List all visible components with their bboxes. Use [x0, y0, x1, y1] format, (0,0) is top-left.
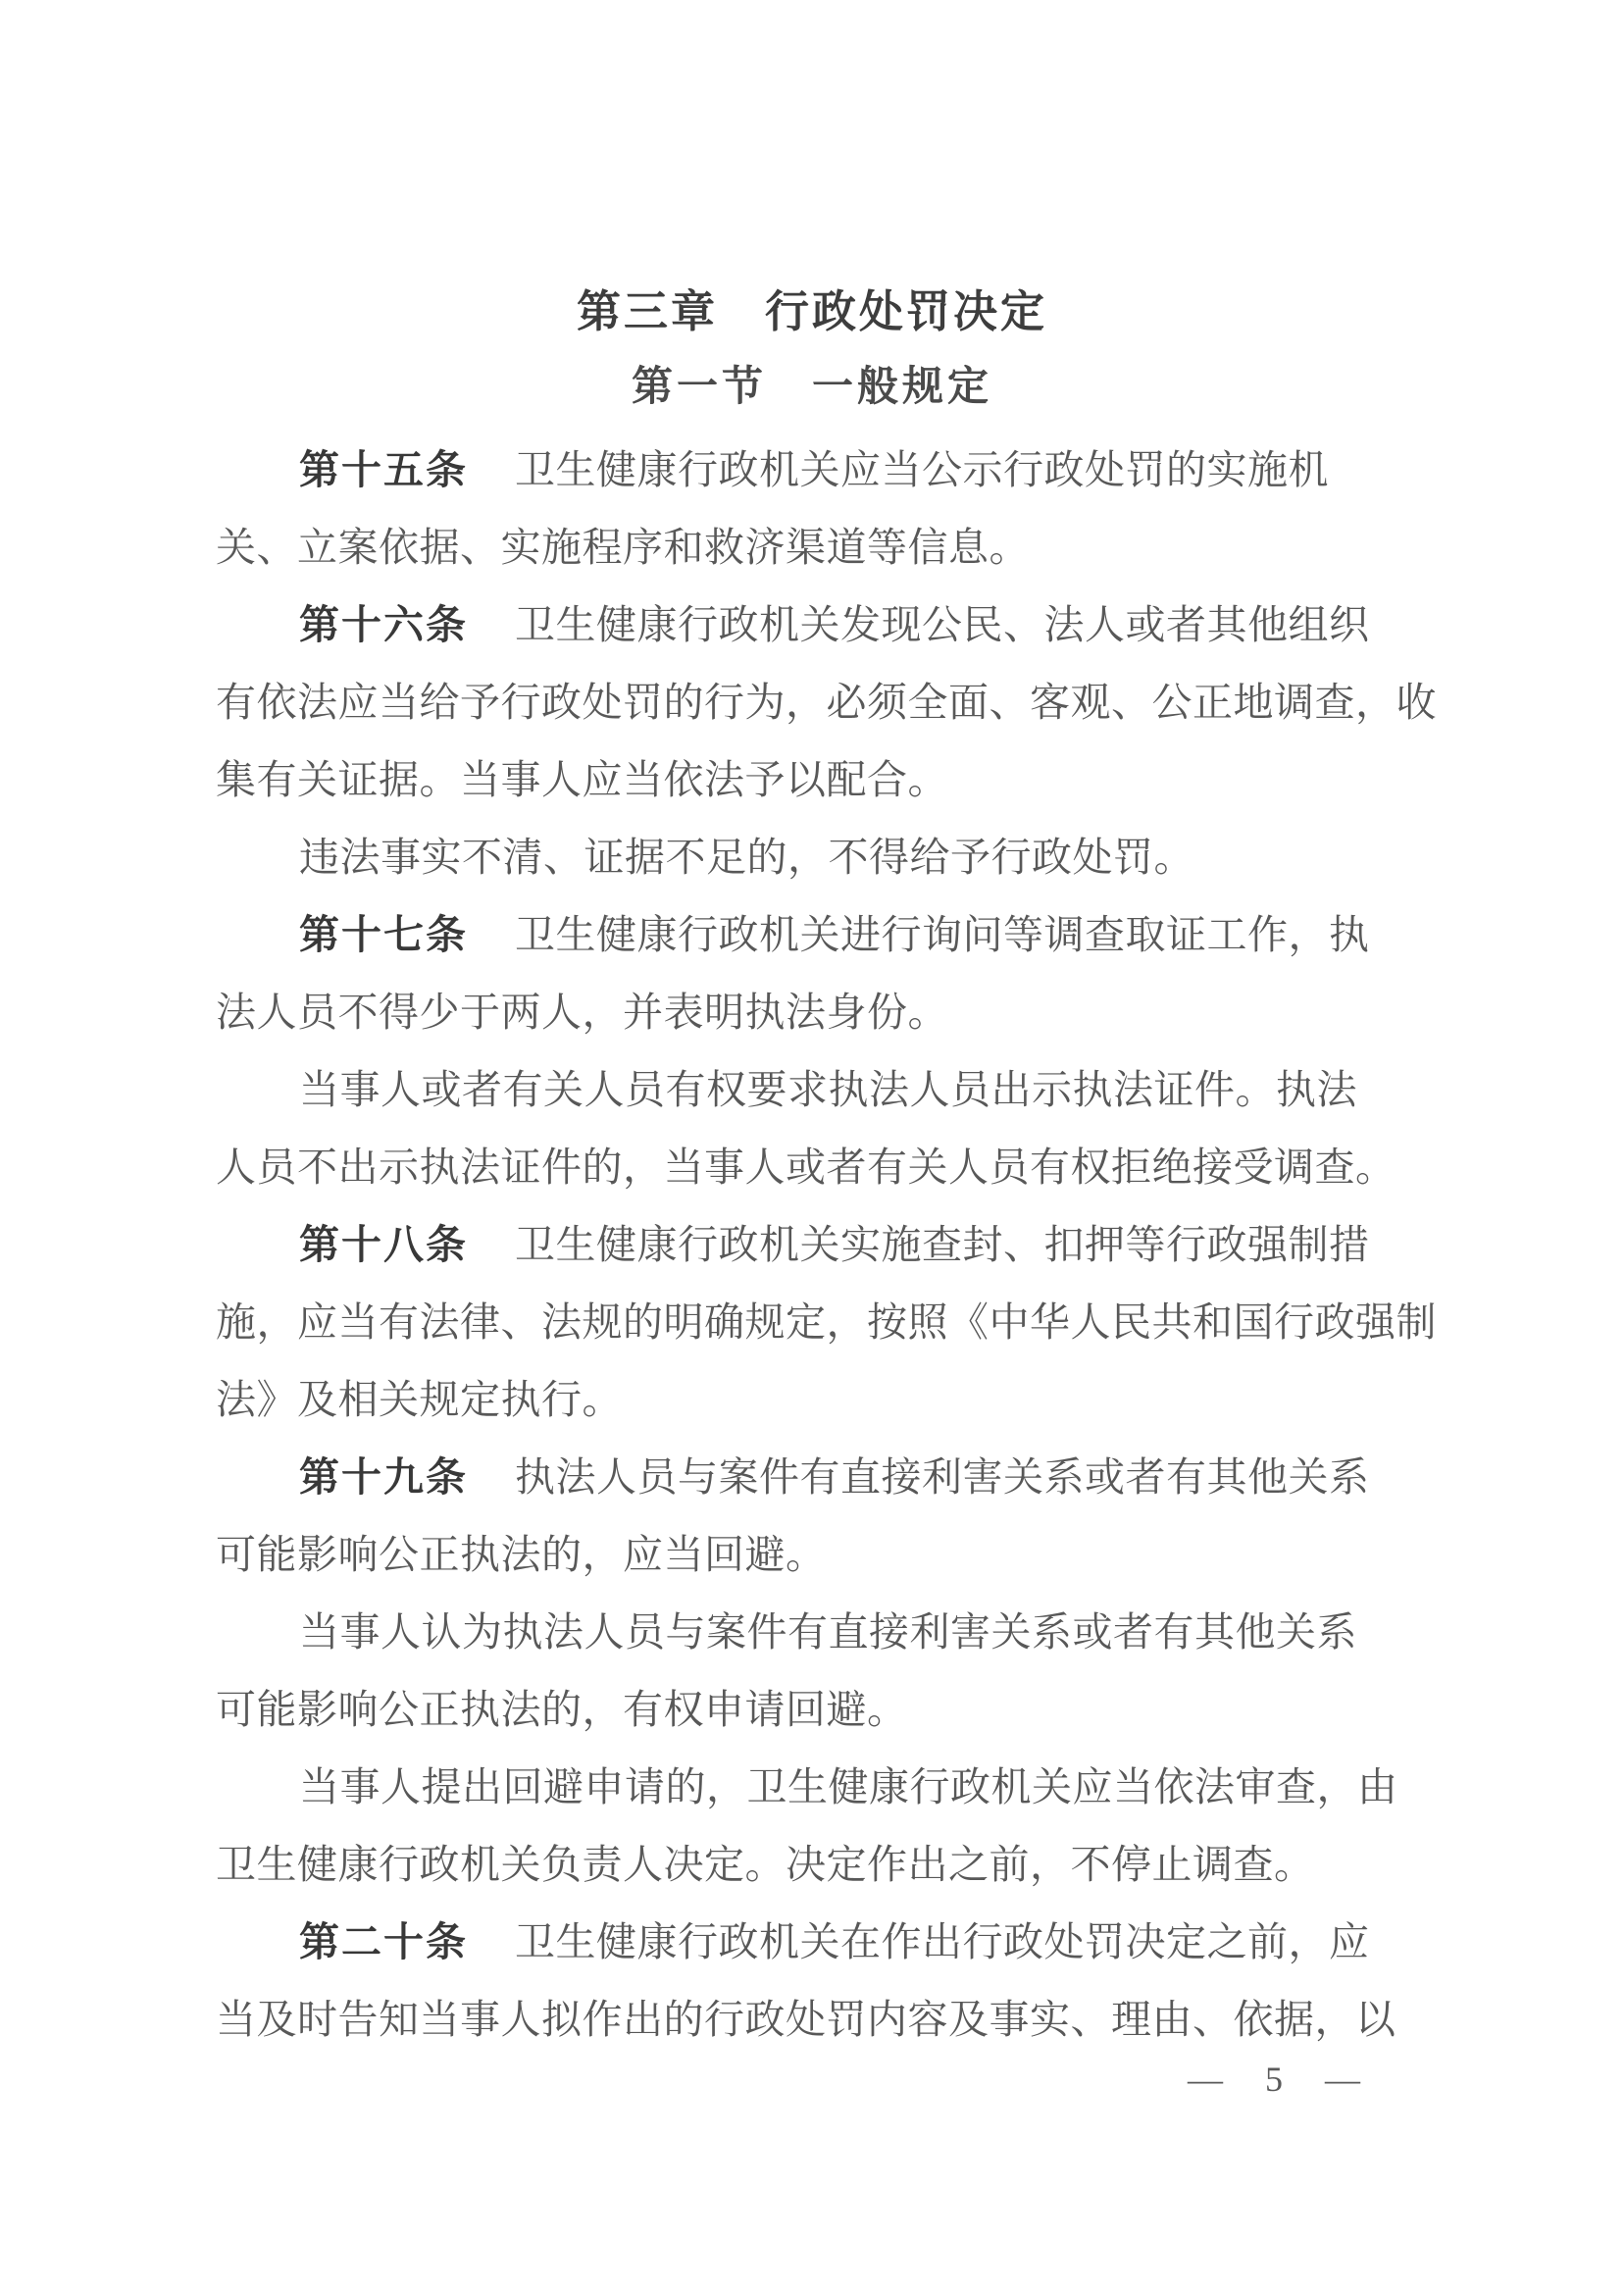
text-line: 法》及相关规定执行。: [216, 1361, 1418, 1439]
line-text: 卫生健康行政机关应当公示行政处罚的实施机: [515, 447, 1329, 492]
article-number: 第十七条: [299, 912, 468, 957]
line-text: 卫生健康行政机关进行询问等调查取证工作，执: [515, 912, 1370, 957]
document-page: 第三章 行政处罚决定 第一节 一般规定 第十五条卫生健康行政机关应当公示行政处罚…: [0, 0, 1624, 2291]
text-line: 当及时告知当事人拟作出的行政处罚内容及事实、理由、依据，以: [216, 1981, 1418, 2059]
line-text: 法人员不得少于两人，并表明执法身份。: [216, 990, 948, 1035]
text-line: 第十五条卫生健康行政机关应当公示行政处罚的实施机: [216, 432, 1418, 509]
document-body: 第十五条卫生健康行政机关应当公示行政处罚的实施机 关、立案依据、实施程序和救济渠…: [216, 432, 1418, 2059]
text-line: 可能影响公正执法的，应当回避。: [216, 1516, 1418, 1594]
text-line: 法人员不得少于两人，并表明执法身份。: [216, 974, 1418, 1051]
line-text: 违法事实不清、证据不足的，不得给予行政处罚。: [299, 835, 1194, 880]
text-line: 第十九条执法人员与案件有直接利害关系或者有其他关系: [216, 1439, 1418, 1516]
line-text: 卫生健康行政机关在作出行政处罚决定之前，应: [515, 1919, 1370, 1964]
text-line: 关、立案依据、实施程序和救济渠道等信息。: [216, 509, 1418, 586]
line-text: 有依法应当给予行政处罚的行为，必须全面、客观、公正地调查，收: [216, 680, 1437, 725]
article-number: 第十六条: [299, 602, 468, 647]
article-number: 第二十条: [299, 1919, 468, 1964]
article-number: 第十五条: [299, 447, 468, 492]
line-text: 当及时告知当事人拟作出的行政处罚内容及事实、理由、依据，以: [216, 1997, 1396, 2042]
line-text: 法》及相关规定执行。: [216, 1377, 623, 1422]
text-line: 卫生健康行政机关负责人决定。决定作出之前，不停止调查。: [216, 1826, 1418, 1904]
page-number: — 5 —: [1188, 2058, 1366, 2101]
line-text: 当事人或者有关人员有权要求执法人员出示执法证件。执法: [299, 1067, 1357, 1112]
text-line: 当事人认为执法人员与案件有直接利害关系或者有其他关系: [216, 1594, 1418, 1671]
line-text: 卫生健康行政机关实施查封、扣押等行政强制措: [515, 1222, 1370, 1267]
text-line: 人员不出示执法证件的，当事人或者有关人员有权拒绝接受调查。: [216, 1129, 1418, 1206]
text-line: 违法事实不清、证据不足的，不得给予行政处罚。: [216, 819, 1418, 896]
text-line: 第十七条卫生健康行政机关进行询问等调查取证工作，执: [216, 896, 1418, 974]
text-line: 有依法应当给予行政处罚的行为，必须全面、客观、公正地调查，收: [216, 664, 1418, 741]
text-line: 第二十条卫生健康行政机关在作出行政处罚决定之前，应: [216, 1904, 1418, 1981]
text-line: 施，应当有法律、法规的明确规定，按照《中华人民共和国行政强制: [216, 1284, 1418, 1361]
line-text: 人员不出示执法证件的，当事人或者有关人员有权拒绝接受调查。: [216, 1145, 1396, 1190]
text-line: 第十八条卫生健康行政机关实施查封、扣押等行政强制措: [216, 1206, 1418, 1284]
text-line: 集有关证据。当事人应当依法予以配合。: [216, 741, 1418, 819]
line-text: 卫生健康行政机关负责人决定。决定作出之前，不停止调查。: [216, 1842, 1315, 1887]
line-text: 可能影响公正执法的，应当回避。: [216, 1532, 827, 1577]
line-text: 当事人认为执法人员与案件有直接利害关系或者有其他关系: [299, 1609, 1357, 1655]
text-line: 当事人提出回避申请的，卫生健康行政机关应当依法审查，由: [216, 1749, 1418, 1826]
line-text: 施，应当有法律、法规的明确规定，按照《中华人民共和国行政强制: [216, 1299, 1437, 1345]
section-title: 第一节 一般规定: [0, 360, 1624, 415]
line-text: 可能影响公正执法的，有权申请回避。: [216, 1687, 908, 1732]
article-number: 第十九条: [299, 1454, 468, 1500]
line-text: 执法人员与案件有直接利害关系或者有其他关系: [515, 1454, 1370, 1500]
article-number: 第十八条: [299, 1222, 468, 1267]
chapter-title: 第三章 行政处罚决定: [0, 284, 1624, 339]
line-text: 卫生健康行政机关发现公民、法人或者其他组织: [515, 602, 1370, 647]
line-text: 当事人提出回避申请的，卫生健康行政机关应当依法审查，由: [299, 1764, 1398, 1809]
text-line: 第十六条卫生健康行政机关发现公民、法人或者其他组织: [216, 586, 1418, 664]
line-text: 关、立案依据、实施程序和救济渠道等信息。: [216, 525, 1030, 570]
line-text: 集有关证据。当事人应当依法予以配合。: [216, 757, 948, 802]
text-line: 可能影响公正执法的，有权申请回避。: [216, 1671, 1418, 1749]
text-line: 当事人或者有关人员有权要求执法人员出示执法证件。执法: [216, 1051, 1418, 1129]
